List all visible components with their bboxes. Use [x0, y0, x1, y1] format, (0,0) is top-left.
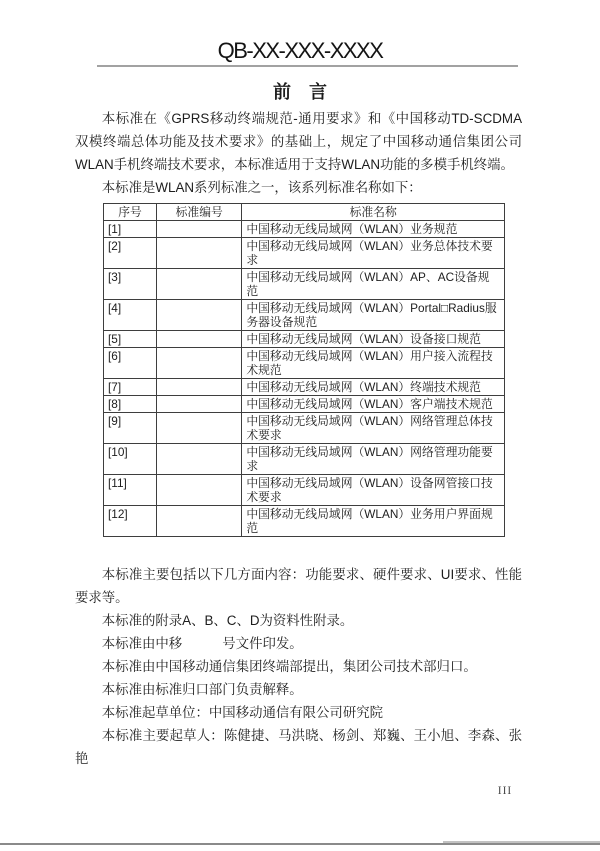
cell-name: 中国移动无线局域网（WLAN）终端技术规范 [242, 379, 505, 396]
cell-index: [8] [104, 396, 157, 413]
cell-code [157, 221, 242, 238]
table-row: [9] 中国移动无线局域网（WLAN）网络管理总体技术要求 [104, 413, 505, 444]
paragraph-scope: 本标准主要包括以下几方面内容：功能要求、硬件要求、UI要求、性能要求等。 [75, 563, 522, 609]
footer-rule-overlay [443, 841, 600, 843]
cell-index: [11] [104, 475, 157, 506]
cell-name: 中国移动无线局域网（WLAN）业务规范 [242, 221, 505, 238]
cell-name: 中国移动无线局域网（WLAN）AP、AC设备规范 [242, 269, 505, 300]
cell-code [157, 444, 242, 475]
table-row: [6] 中国移动无线局域网（WLAN）用户接入流程技术规范 [104, 348, 505, 379]
standard-code-header: QB-XX-XXX-XXXX [0, 38, 600, 64]
table-row: [8] 中国移动无线局域网（WLAN）客户端技术规范 [104, 396, 505, 413]
cell-index: [4] [104, 300, 157, 331]
cell-code [157, 269, 242, 300]
table-header-row: 序号 标准编号 标准名称 [104, 204, 505, 221]
table-row: [11] 中国移动无线局域网（WLAN）设备网管接口技术要求 [104, 475, 505, 506]
table-row: [7] 中国移动无线局域网（WLAN）终端技术规范 [104, 379, 505, 396]
cell-name: 中国移动无线局域网（WLAN）设备网管接口技术要求 [242, 475, 505, 506]
cell-name: 中国移动无线局域网（WLAN）Portal□Radius服务器设备规范 [242, 300, 505, 331]
cell-code [157, 475, 242, 506]
table-row: [1] 中国移动无线局域网（WLAN）业务规范 [104, 221, 505, 238]
column-header-code: 标准编号 [157, 204, 242, 221]
cell-index: [5] [104, 331, 157, 348]
cell-index: [1] [104, 221, 157, 238]
cell-code [157, 379, 242, 396]
cell-code [157, 238, 242, 269]
paragraph-appendix: 本标准的附录A、B、C、D为资料性附录。 [75, 609, 522, 632]
paragraph-drafting-unit: 本标准起草单位：中国移动通信有限公司研究院 [75, 701, 522, 724]
cell-index: [12] [104, 506, 157, 537]
table-row: [2] 中国移动无线局域网（WLAN）业务总体技术要求 [104, 238, 505, 269]
paragraph-proposal: 本标准由中国移动通信集团终端部提出，集团公司技术部归口。 [75, 655, 522, 678]
document-body: 本标准在《GPRS移动终端规范-通用要求》和《中国移动TD-SCDMA双模终端总… [75, 107, 522, 770]
cell-name: 中国移动无线局域网（WLAN）网络管理功能要求 [242, 444, 505, 475]
cell-index: [9] [104, 413, 157, 444]
cell-name: 中国移动无线局域网（WLAN）用户接入流程技术规范 [242, 348, 505, 379]
cell-code [157, 300, 242, 331]
cell-name: 中国移动无线局域网（WLAN）客户端技术规范 [242, 396, 505, 413]
cell-code [157, 413, 242, 444]
footer-rule [0, 843, 600, 845]
page-title: 前 言 [0, 78, 600, 104]
document-page: QB-XX-XXX-XXXX 前 言 本标准在《GPRS移动终端规范-通用要求》… [0, 0, 600, 851]
table-row: [10] 中国移动无线局域网（WLAN）网络管理功能要求 [104, 444, 505, 475]
table-row: [5] 中国移动无线局域网（WLAN）设备接口规范 [104, 331, 505, 348]
cell-name: 中国移动无线局域网（WLAN）业务总体技术要求 [242, 238, 505, 269]
cell-code [157, 348, 242, 379]
table-row: [12] 中国移动无线局域网（WLAN）业务用户界面规范 [104, 506, 505, 537]
paragraph-interpretation: 本标准由标准归口部门负责解释。 [75, 678, 522, 701]
cell-code [157, 506, 242, 537]
cell-name: 中国移动无线局域网（WLAN）网络管理总体技术要求 [242, 413, 505, 444]
paragraph-issue: 本标准由中移 号文件印发。 [75, 632, 522, 655]
table-row: [4] 中国移动无线局域网（WLAN）Portal□Radius服务器设备规范 [104, 300, 505, 331]
cell-index: [7] [104, 379, 157, 396]
cell-index: [3] [104, 269, 157, 300]
paragraph-series-intro: 本标准是WLAN系列标准之一，该系列标准名称如下： [75, 176, 522, 199]
table-row: [3] 中国移动无线局域网（WLAN）AP、AC设备规范 [104, 269, 505, 300]
paragraph-drafters: 本标准主要起草人：陈健捷、马洪晓、杨剑、郑巍、王小旭、李森、张艳 [75, 724, 522, 770]
cell-index: [2] [104, 238, 157, 269]
column-header-name: 标准名称 [242, 204, 505, 221]
cell-index: [6] [104, 348, 157, 379]
cell-index: [10] [104, 444, 157, 475]
cell-name: 中国移动无线局域网（WLAN）业务用户界面规范 [242, 506, 505, 537]
header-rule [97, 65, 518, 67]
page-number: III [465, 785, 545, 797]
column-header-index: 序号 [104, 204, 157, 221]
cell-code [157, 331, 242, 348]
standards-table: 序号 标准编号 标准名称 [1] 中国移动无线局域网（WLAN）业务规范 [2]… [103, 203, 505, 537]
cell-name: 中国移动无线局域网（WLAN）设备接口规范 [242, 331, 505, 348]
paragraph-intro: 本标准在《GPRS移动终端规范-通用要求》和《中国移动TD-SCDMA双模终端总… [75, 107, 522, 176]
cell-code [157, 396, 242, 413]
